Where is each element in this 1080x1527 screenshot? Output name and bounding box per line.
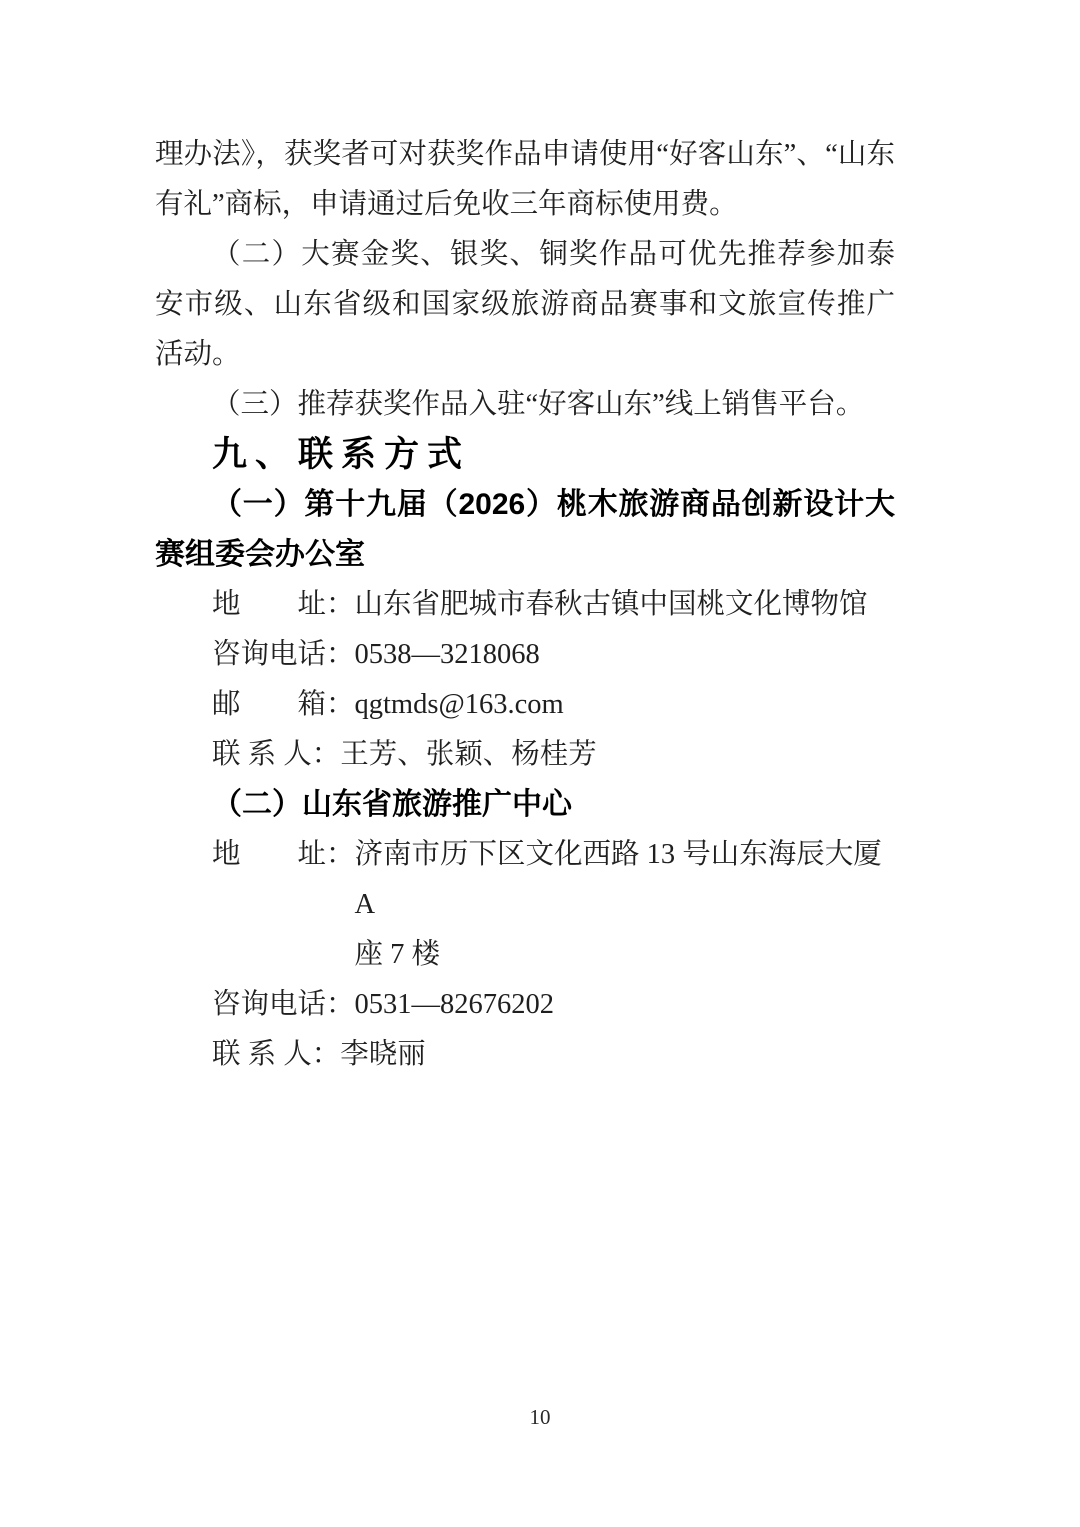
address-line-2: 座 7 楼 (355, 930, 895, 980)
paragraph-trademark-use: 理办法》，获奖者可对获奖作品申请使用“好客山东”、“山东有礼”商标，申请通过后免… (155, 130, 895, 230)
contact-person-label: 联 系 人： (212, 730, 340, 780)
email-label: 邮 箱： (212, 680, 355, 730)
email-value: qgtmds@163.com (355, 680, 895, 730)
contact-row-phone-2: 咨询电话： 0531—82676202 (155, 980, 895, 1030)
phone-value: 0538—3218068 (355, 630, 895, 680)
contact-row-phone-1: 咨询电话： 0538—3218068 (155, 630, 895, 680)
phone-label: 咨询电话： (212, 630, 355, 680)
phone-label: 咨询电话： (212, 980, 355, 1030)
contact-org-2-heading: （二）山东省旅游推广中心 (155, 780, 895, 830)
phone-value: 0531—82676202 (355, 980, 895, 1030)
page-footer: 10 (0, 1402, 1080, 1432)
contact-person-label: 联 系 人： (212, 1030, 340, 1080)
contact-row-address-2: 地 址： 济南市历下区文化西路 13 号山东海辰大厦 A 座 7 楼 (155, 830, 895, 980)
address-value: 济南市历下区文化西路 13 号山东海辰大厦 A 座 7 楼 (355, 830, 895, 980)
paragraph-online-platform: （三）推荐获奖作品入驻“好客山东”线上销售平台。 (155, 380, 895, 430)
contact-person-value: 王芳、张颖、杨桂芳 (340, 730, 895, 780)
contact-org-1-heading: （一）第十九届（2026）桃木旅游商品创新设计大赛组委会办公室 (155, 480, 895, 580)
document-page: 理办法》，获奖者可对获奖作品申请使用“好客山东”、“山东有礼”商标，申请通过后免… (0, 0, 1080, 1527)
page-number: 10 (530, 1405, 551, 1429)
address-label: 地 址： (212, 580, 355, 630)
contact-row-person-2: 联 系 人： 李晓丽 (155, 1030, 895, 1080)
contact-row-address-1: 地 址： 山东省肥城市春秋古镇中国桃文化博物馆 (155, 580, 895, 630)
paragraph-award-recommend: （二）大赛金奖、银奖、铜奖作品可优先推荐参加泰安市级、山东省级和国家级旅游商品赛… (155, 230, 895, 380)
contact-person-value: 李晓丽 (340, 1030, 895, 1080)
document-content: 理办法》，获奖者可对获奖作品申请使用“好客山东”、“山东有礼”商标，申请通过后免… (155, 130, 895, 1080)
section-heading-contact-info: 九、联系方式 (155, 430, 895, 480)
address-label: 地 址： (212, 830, 355, 880)
contact-row-email-1: 邮 箱： qgtmds@163.com (155, 680, 895, 730)
contact-row-person-1: 联 系 人： 王芳、张颖、杨桂芳 (155, 730, 895, 780)
address-value: 山东省肥城市春秋古镇中国桃文化博物馆 (355, 580, 895, 630)
address-line-1: 济南市历下区文化西路 13 号山东海辰大厦 A (355, 830, 895, 930)
